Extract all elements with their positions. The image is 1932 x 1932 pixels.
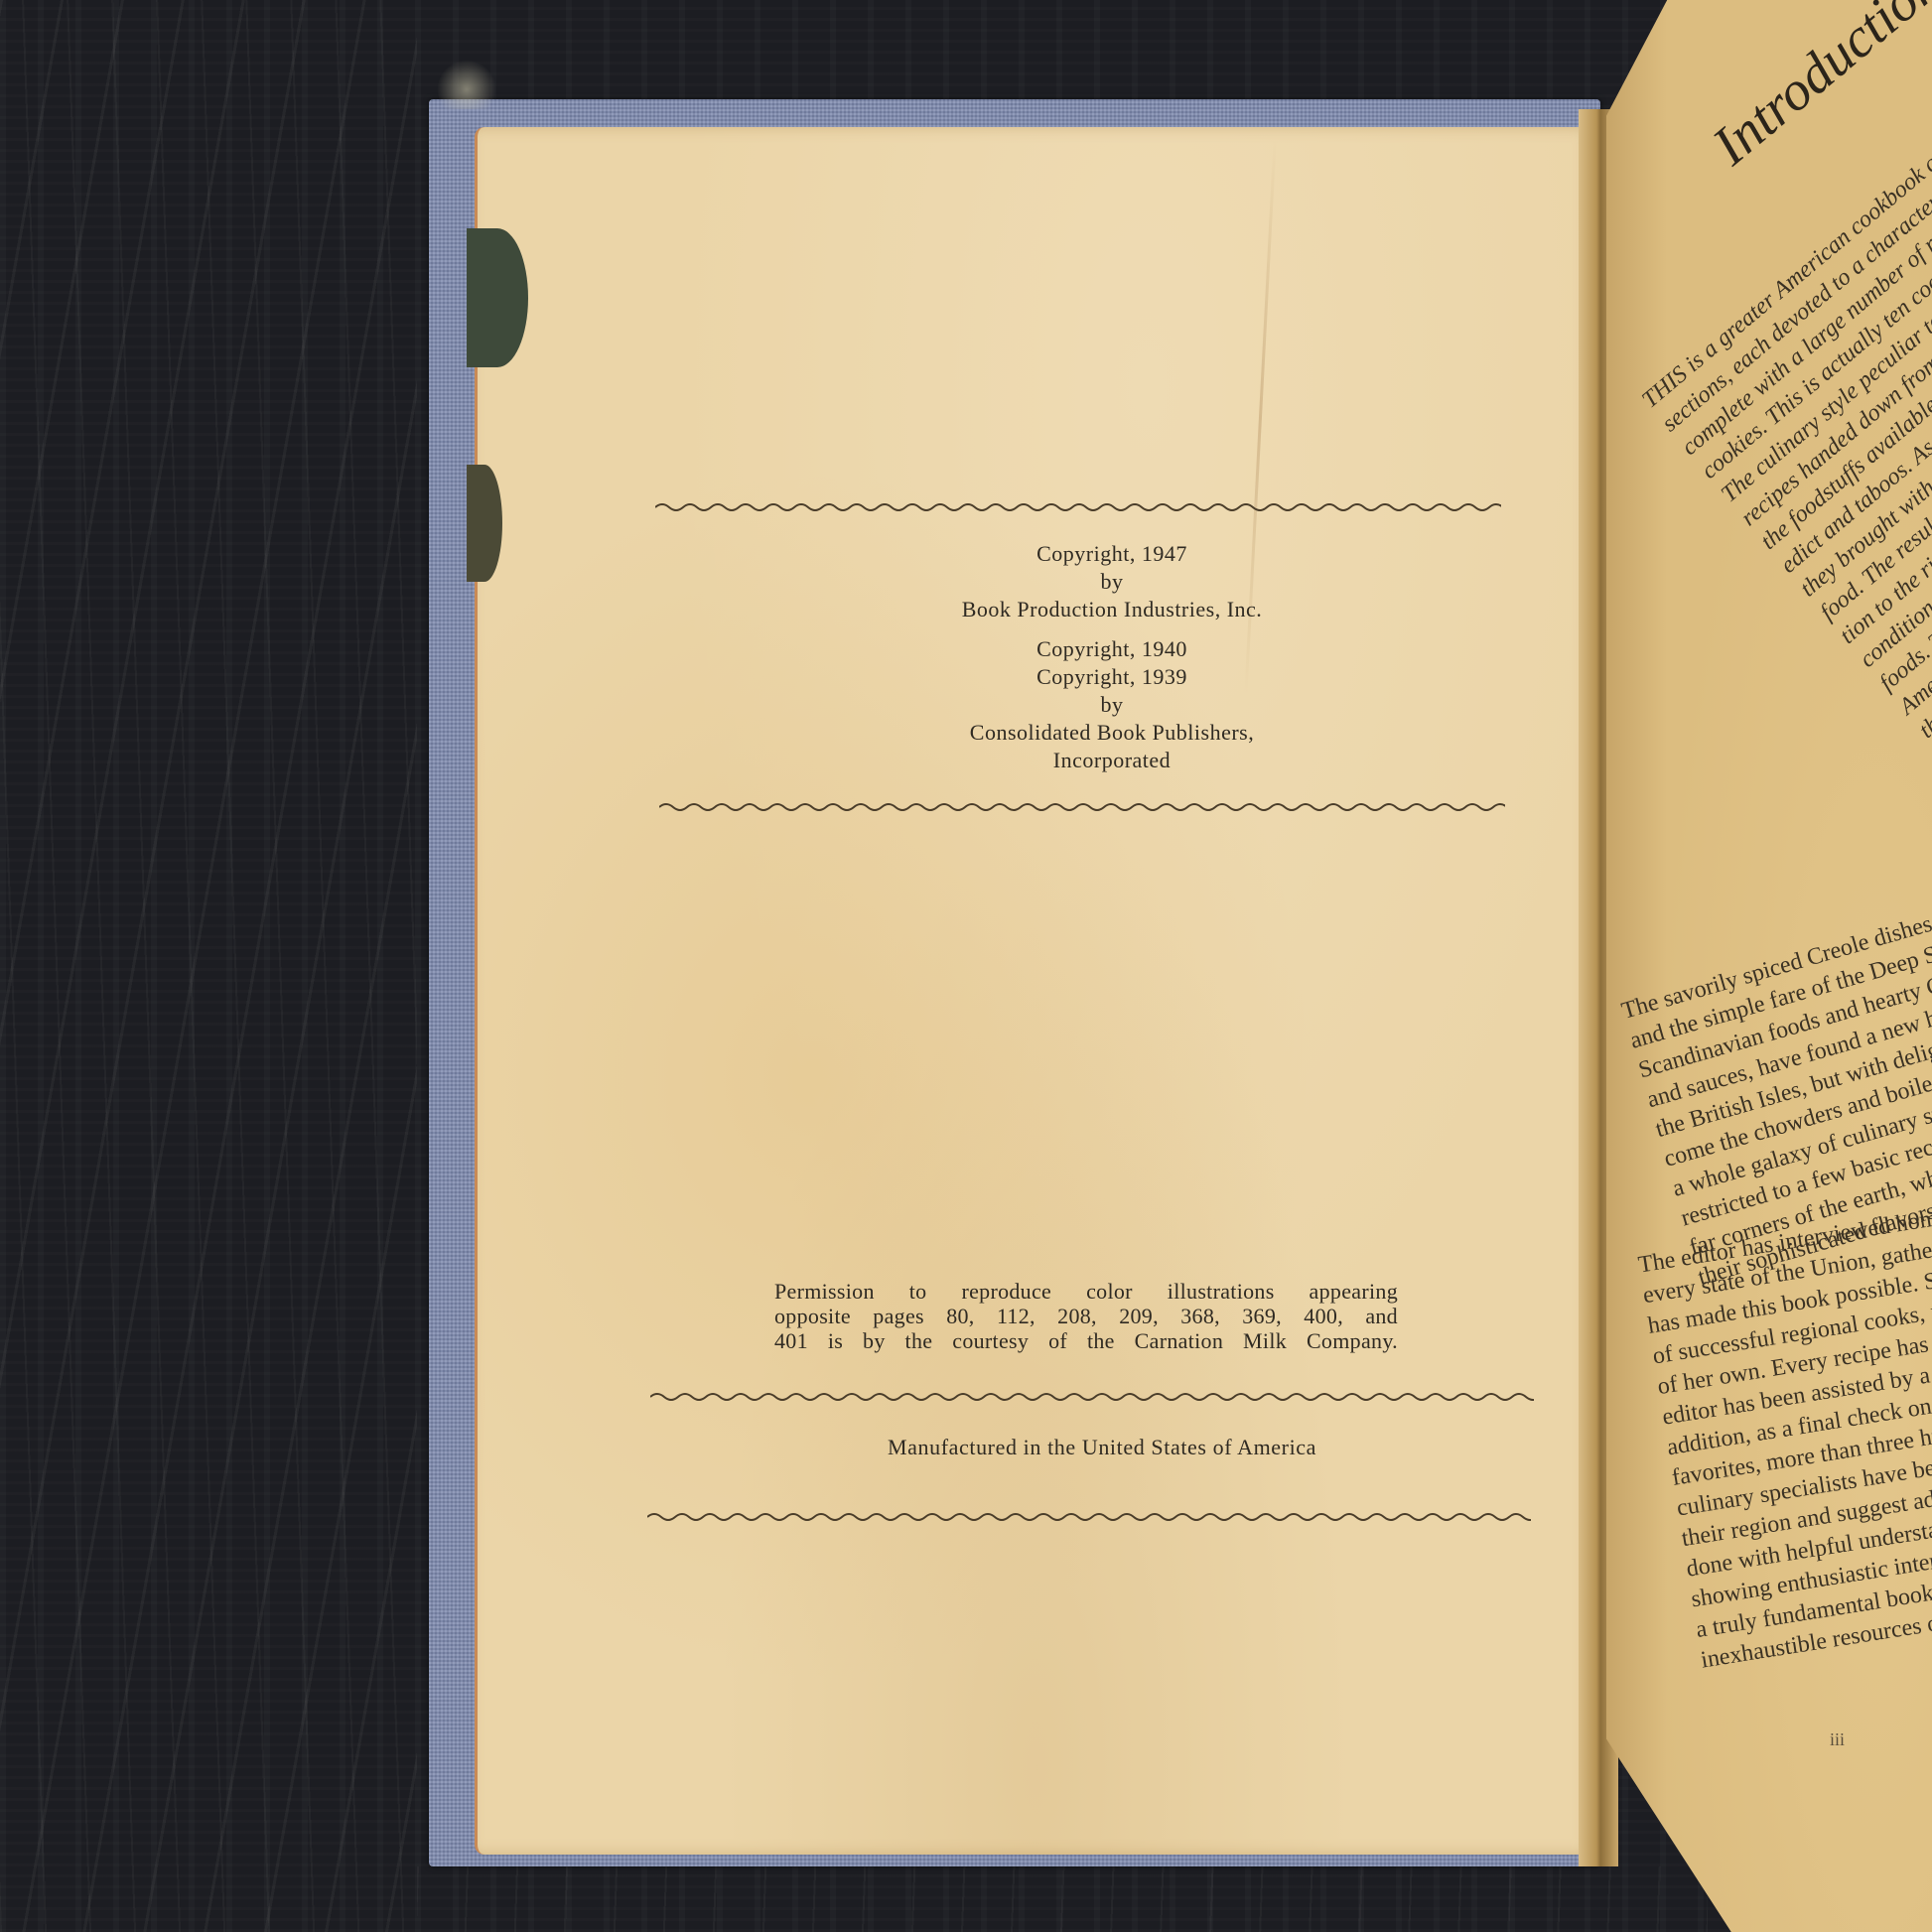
manufactured-notice: Manufactured in the United States of Ame…: [755, 1435, 1449, 1460]
permission-line-2: opposite pages 80, 112, 208, 209, 368, 3…: [774, 1304, 1398, 1328]
wavy-rule-divider: [659, 800, 1505, 814]
wavy-rule-divider: [650, 1390, 1534, 1404]
publisher-1939: Consolidated Book Publishers,: [854, 719, 1370, 747]
copyright-1940: Copyright, 1940: [854, 635, 1370, 663]
copyright-1939: Copyright, 1939: [854, 663, 1370, 691]
by-label: by: [854, 691, 1370, 719]
copyright-1947: Copyright, 1947: [854, 540, 1370, 568]
copyright-page: [475, 127, 1595, 1855]
wavy-line-icon: [647, 1510, 1531, 1524]
wavy-rule-divider: [655, 500, 1501, 514]
copyright-block: Copyright, 1947 by Book Production Indus…: [854, 540, 1370, 774]
thumb-index-tab[interactable]: [467, 465, 502, 582]
publisher-1939-suffix: Incorporated: [854, 747, 1370, 774]
thumb-index-tab[interactable]: [467, 228, 528, 367]
by-label: by: [854, 568, 1370, 596]
introduction-page: Introduction THIS is a greater American …: [1606, 0, 1932, 1932]
publisher-1947: Book Production Industries, Inc.: [854, 596, 1370, 623]
frayed-corner: [437, 60, 496, 109]
permission-notice: Permission to reproduce color illustrati…: [774, 1279, 1398, 1353]
introduction-paragraph-1: THIS is a greater American cookbook cons…: [1636, 38, 1932, 793]
background-cloth: [0, 0, 417, 1932]
background-cloth-bottom: [417, 1866, 1708, 1932]
page-number: iii: [1830, 1729, 1845, 1750]
wavy-line-icon: [659, 800, 1505, 814]
introduction-paragraph-2: The editor has interviewed homemakers an…: [1636, 1176, 1932, 1676]
wavy-line-icon: [655, 500, 1501, 514]
wavy-rule-divider: [647, 1510, 1531, 1524]
permission-line-1: Permission to reproduce color illustrati…: [774, 1279, 1398, 1304]
introduction-title: Introduction: [1701, 0, 1932, 178]
wavy-line-icon: [650, 1390, 1534, 1404]
permission-line-3: 401 is by the courtesy of the Carnation …: [774, 1328, 1398, 1353]
